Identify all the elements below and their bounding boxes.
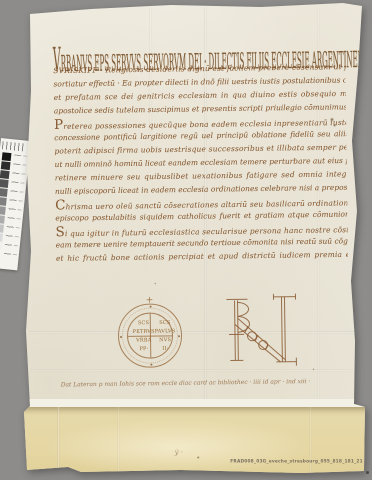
parchment-charter: VRBANVS EPS SERVVS SERVORVM DEI · DILECT… bbox=[21, 1, 367, 478]
plica-ink-mark: ẏ · bbox=[175, 448, 184, 456]
rota-label: II· bbox=[155, 345, 176, 351]
calibration-step bbox=[1, 161, 11, 170]
rota-label: SCS bbox=[133, 320, 155, 326]
rota-rim-dot bbox=[150, 364, 152, 366]
rota-rim-dot bbox=[150, 306, 152, 308]
ink-spot bbox=[333, 124, 336, 127]
ink-spot bbox=[330, 117, 334, 122]
papal-rota-seal: + SCS SCS PETRVS PAVLVS VRBA NVS PP· II bbox=[118, 303, 183, 368]
rota-rim-dot bbox=[120, 336, 122, 338]
monogram-drawing bbox=[221, 288, 300, 375]
background-speck bbox=[366, 471, 369, 474]
charter-content: VRBANVS EPS SERVVS SERVORVM DEI · DILECT… bbox=[18, 0, 371, 480]
rota-top-cross: + bbox=[146, 296, 154, 306]
rota-label: PETRVS bbox=[133, 328, 155, 334]
archival-scan-page: { "scene": { "background_color": "#8d8c8… bbox=[0, 0, 372, 480]
ink-spot bbox=[154, 283, 156, 285]
calibration-step bbox=[0, 224, 4, 233]
archive-reference-caption: FRAD008_03G_eveche_strasbourg_055_818_18… bbox=[230, 459, 363, 464]
closing-line: et hic fructū bone actionis percipiat et… bbox=[56, 249, 348, 266]
ink-spot bbox=[312, 368, 314, 370]
ink-spot bbox=[206, 93, 208, 95]
calibration-step bbox=[2, 152, 12, 161]
rota-label: NVS bbox=[155, 337, 176, 343]
rota-label: PP· bbox=[133, 346, 155, 352]
charter-body-text: SVRISKIPF · Religiosis desideriis dignū … bbox=[53, 61, 350, 266]
calibration-step bbox=[0, 179, 9, 188]
calibration-step bbox=[0, 188, 8, 197]
rota-rim-dot bbox=[178, 335, 180, 337]
rota-label: PAVLVS bbox=[155, 328, 176, 334]
scribe-datum-line: Dat Lateran p man Iohis sce rom eccle di… bbox=[61, 378, 312, 388]
rota-quadrant-labels: SCS SCS PETRVS PAVLVS VRBA NVS PP· II· bbox=[132, 318, 167, 353]
calibration-step bbox=[0, 233, 3, 242]
rota-label: VRBA bbox=[133, 337, 155, 343]
bene-valete-monogram bbox=[221, 288, 300, 379]
rota-label: SCS bbox=[155, 319, 176, 325]
parchment-sheet-wrapper: VRBANVS EPS SERVVS SERVORVM DEI · DILECT… bbox=[21, 1, 367, 478]
plica-speck bbox=[197, 456, 200, 459]
calibration-step bbox=[0, 215, 5, 224]
calibration-step bbox=[0, 242, 2, 251]
calibration-step bbox=[0, 206, 6, 215]
calibration-step bbox=[0, 197, 7, 206]
calibration-step bbox=[0, 170, 10, 179]
